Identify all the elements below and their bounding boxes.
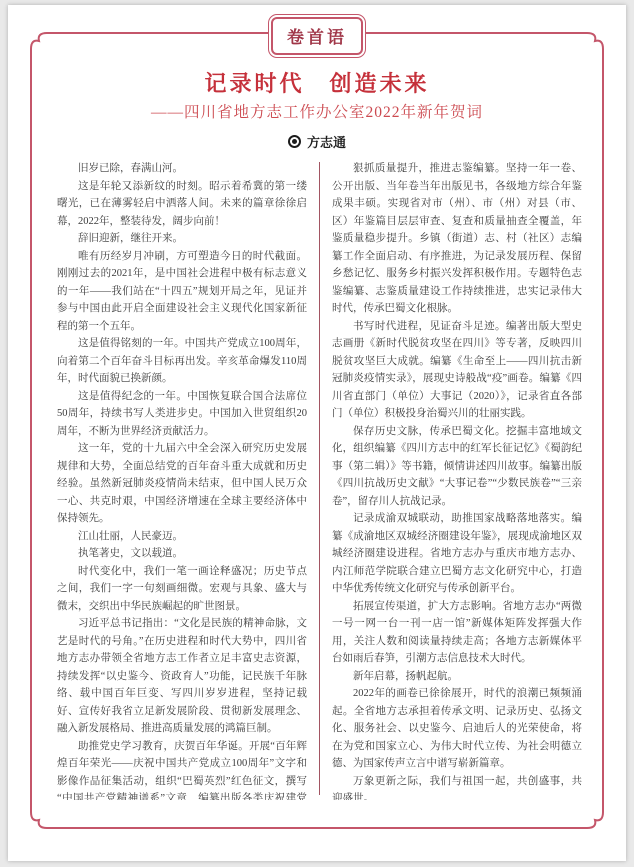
paragraph: 这是年轮又添新纹的时刻。昭示着希冀的第一缕曙光，已在薄雾轻启中洒落人间。未来的篇… [57, 178, 307, 231]
paragraph: 习近平总书记指出：“文化是民族的精神命脉，文艺是时代的号角。”在历史进程和时代大… [57, 615, 307, 738]
paragraph: 时代变化中，我们一笔一画诠释盛况；历史节点之间，我们一字一句刻画细微。宏观与具象… [57, 563, 307, 616]
paragraph: 辞旧迎新，继往开来。 [57, 230, 307, 248]
paragraph: 这是值得铭刻的一年。中国共产党成立100周年，向着第二个百年奋斗目标再出发。辛亥… [57, 335, 307, 388]
paragraph: 旧岁已除，春满山河。 [57, 160, 307, 178]
paragraph: 执笔著史，文以载道。 [57, 545, 307, 563]
paragraph: 书写时代进程，见证奋斗足迹。编著出版大型史志画册《新时代脱贫攻坚在四川》等专著，… [332, 318, 582, 423]
article-subtitle: ——四川省地方志工作办公室2022年新年贺词 [8, 100, 626, 122]
paragraph: 江山壮丽，人民豪迈。 [57, 528, 307, 546]
magazine-page: 卷首语 记录时代 创造未来 ——四川省地方志工作办公室2022年新年贺词 方志通… [8, 5, 626, 861]
paragraph: 新年启幕，扬帆起航。 [332, 668, 582, 686]
right-column: 狠抓质量提升，推进志鉴编纂。坚持一年一卷、公开出版、当年卷当年出版见书，各级地方… [332, 160, 582, 800]
masthead-badge-label: 卷首语 [287, 28, 347, 47]
masthead-badge-frame: 卷首语 [271, 17, 363, 55]
paragraph: 保存历史文脉，传承巴蜀文化。挖掘丰富地域文化，组织编纂《四川方志中的红军长征记忆… [332, 423, 582, 511]
paragraph: 拓展宣传渠道，扩大方志影响。省地方志办“两微一号一网一台一刊一店一馆”新媒体矩阵… [332, 598, 582, 668]
paragraph: 万象更新之际，我们与祖国一起，共创盛事，共迎盛世。 [332, 773, 582, 801]
author-line: 方志通 [8, 132, 626, 151]
paragraph: 唯有历经岁月冲刷，方可塑造今日的时代截面。刚刚过去的2021年，是中国社会进程中… [57, 248, 307, 336]
paragraph: 这是值得纪念的一年。中国恢复联合国合法席位50周年，持续书写人类进步史。中国加入… [57, 388, 307, 441]
paragraph: 2022年的画卷已徐徐展开，时代的浪潮已频频涌起。全省地方志承担着传承文明、记录… [332, 685, 582, 773]
paragraph: 狠抓质量提升，推进志鉴编纂。坚持一年一卷、公开出版、当年卷当年出版见书，各级地方… [332, 160, 582, 318]
column-divider [319, 162, 320, 795]
author-name: 方志通 [307, 135, 346, 150]
article-title: 记录时代 创造未来 [8, 67, 626, 98]
author-bullet-icon [288, 135, 301, 148]
paragraph: 记录成渝双城联动，助推国家战略落地落实。编纂《成渝地区双城经济圈建设年鉴》，展现… [332, 510, 582, 598]
masthead-badge: 卷首语 [268, 14, 366, 58]
paragraph: 这一年，党的十九届六中全会深入研究历史发展规律和大势，全面总结党的百年奋斗重大成… [57, 440, 307, 528]
paragraph: 助推党史学习教育，庆贺百年华诞。开展“百年辉煌百年荣光——庆祝中国共产党成立10… [57, 738, 307, 801]
left-column: 旧岁已除，春满山河。这是年轮又添新纹的时刻。昭示着希冀的第一缕曙光，已在薄雾轻启… [57, 160, 307, 800]
